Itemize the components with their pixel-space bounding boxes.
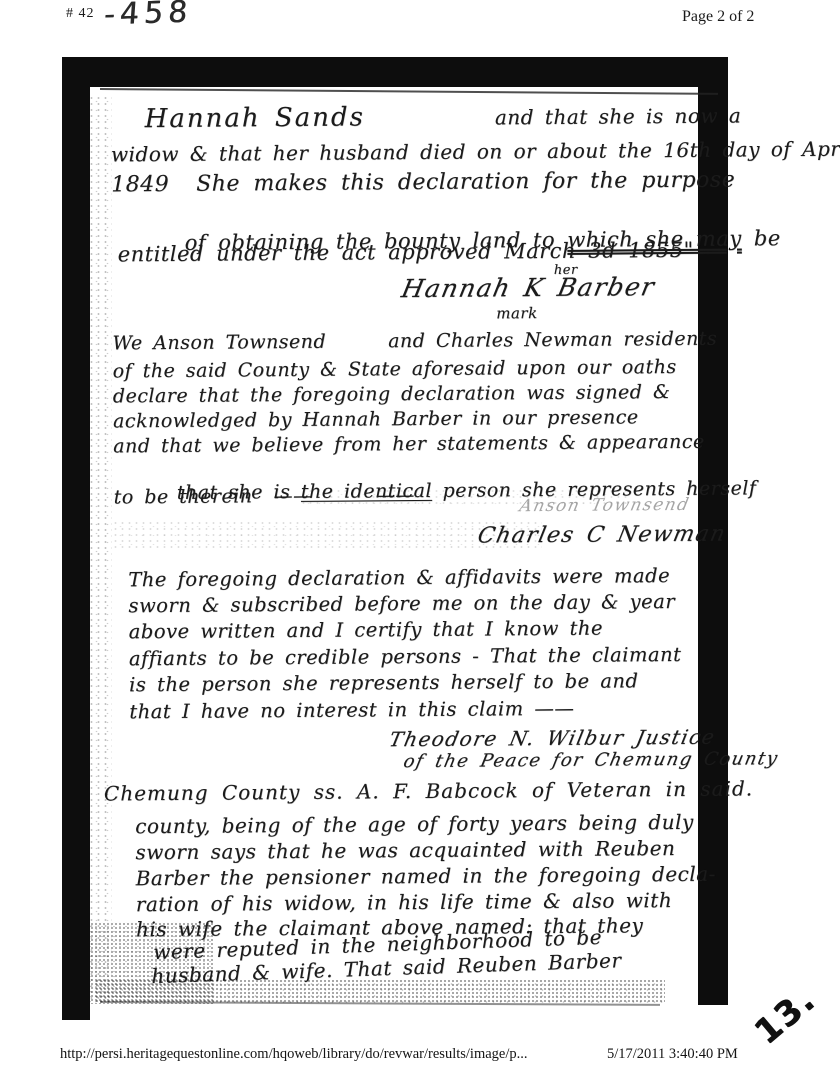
witness-line-5: and that we believe from her statements … (113, 431, 705, 458)
affidavit-line-2: sworn says that he was acquainted with R… (135, 836, 675, 864)
witness-line-1: We Anson Townsend and Charles Newman res… (112, 328, 717, 355)
claimant-name: Hannah Sands (145, 102, 365, 134)
declaration-line-4b: be (742, 226, 781, 250)
source-url: http://persi.heritagequestonline.com/hqo… (60, 1046, 528, 1063)
county-ss-line: Chemung County ss. A. F. Babcock of Vete… (104, 776, 753, 805)
declaration-line-3: 1849 She makes this declaration for the … (111, 168, 735, 198)
witness-line-2: of the said County & State aforesaid upo… (113, 356, 677, 382)
certification-line-6: that I have no interest in this claim —— (129, 697, 574, 723)
claimant-signature: Hannah K Barber (399, 272, 658, 303)
certification-line-2: sworn & subscribed before me on the day … (128, 590, 675, 617)
certification-line-4: affiants to be credible persons - That t… (129, 643, 682, 670)
declaration-line-5: entitled under the act approved March 3d… (118, 238, 694, 267)
printed-page: # 42 -458 Page 2 of 2 Hannah Sands and t… (0, 0, 840, 1087)
witness-line-3: declare that the foregoing declaration w… (113, 381, 671, 407)
affidavit-line-1: county, being of the age of forty years … (135, 810, 694, 838)
justice-signature-line-2: of the Peace for Chemung County (402, 748, 781, 772)
witness-line-4: acknowledged by Hannah Barber in our pre… (113, 406, 639, 432)
her-mark-below: mark (496, 304, 538, 322)
print-timestamp: 5/17/2011 3:40:40 PM (607, 1046, 738, 1063)
declaration-line-1: Hannah Sands and that she is now a (145, 99, 742, 134)
affidavit-line-3: Barber the pensioner named in the forego… (136, 862, 716, 891)
witness-line-1b: and Charles Newman residents (388, 328, 717, 353)
affidavit-line-4: ration of his widow, in his life time & … (136, 888, 672, 916)
witness-line-1a: We Anson Townsend (112, 331, 326, 355)
certification-line-5: is the person she represents herself to … (129, 669, 639, 696)
declaration-line-1-rest: and that she is now a (495, 103, 742, 129)
certification-line-3: above written and I certify that I know … (129, 617, 603, 644)
certification-line-1: The foregoing declaration & affidavits w… (128, 564, 670, 591)
witness-signature-townsend: Anson Townsend (518, 495, 692, 516)
witness-line-7: to be therein —— —— (114, 484, 415, 508)
justice-signature-line-1: Theodore N. Wilbur Justice (387, 725, 718, 752)
handwritten-content: Hannah Sands and that she is now a widow… (0, 0, 840, 1087)
declaration-line-2: widow & that her husband died on or abou… (111, 137, 840, 167)
witness-signature-newman: Charles C Newman (475, 522, 728, 549)
